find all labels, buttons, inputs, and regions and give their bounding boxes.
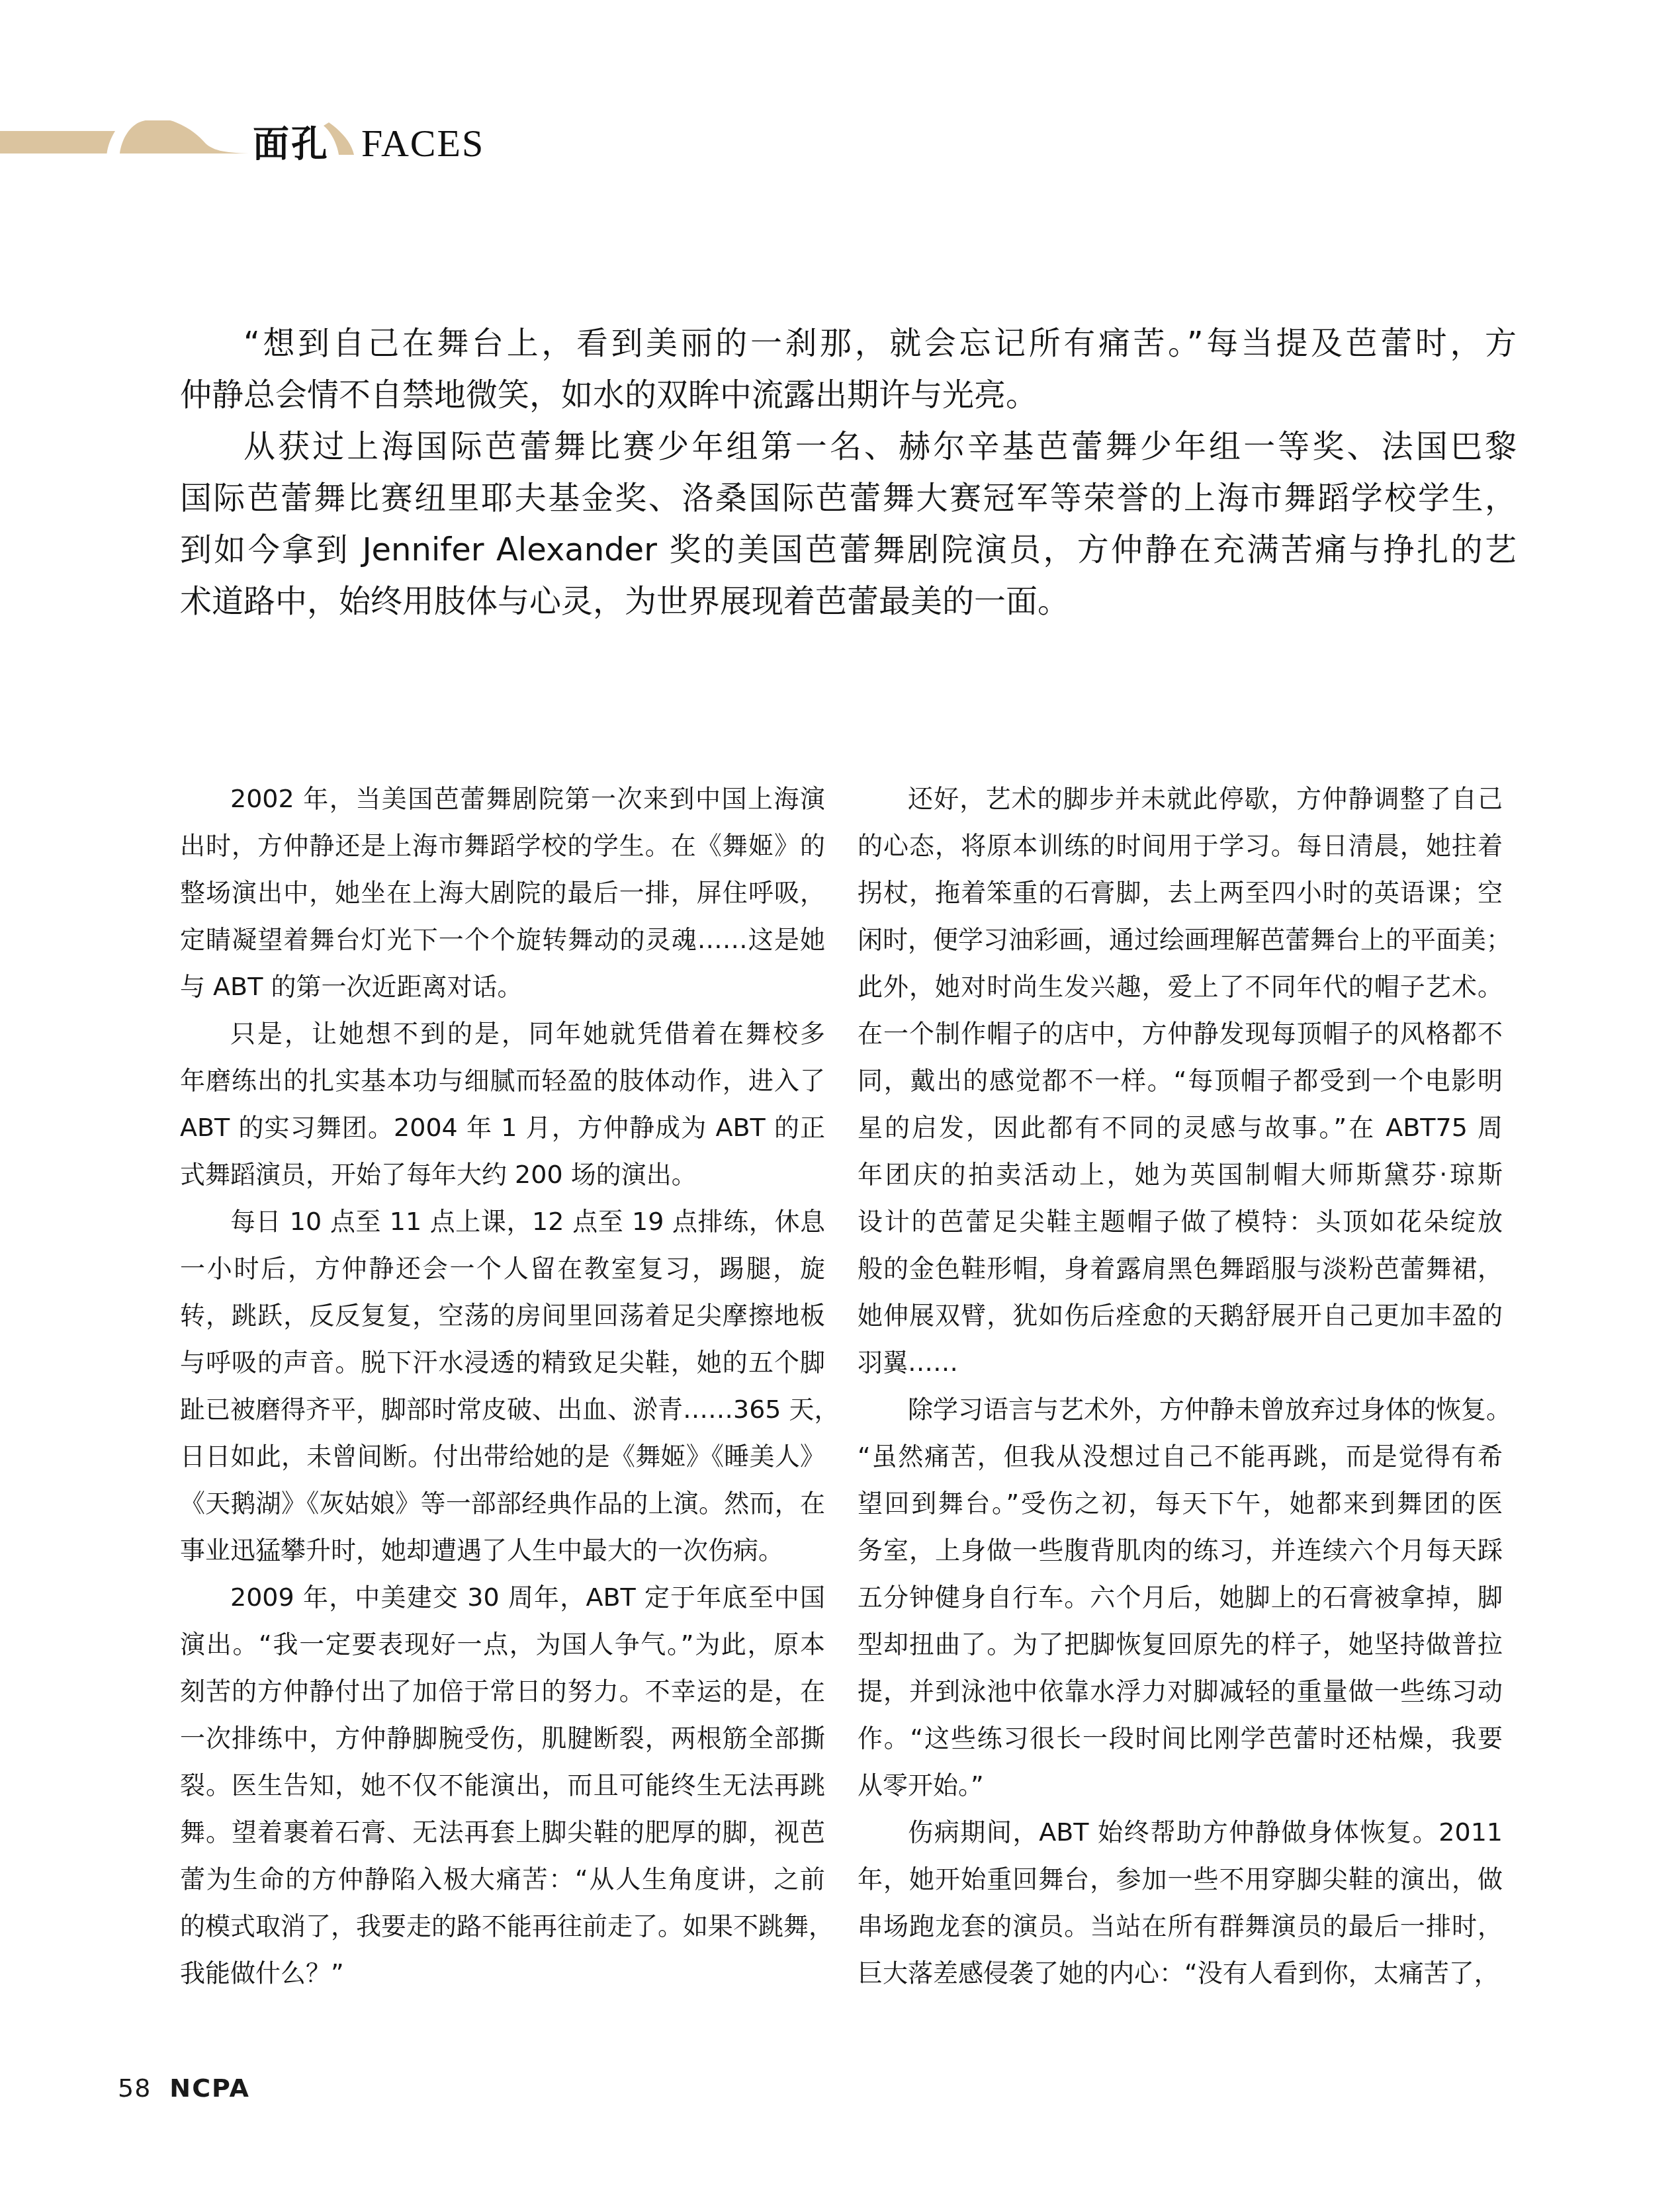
text-line: 在一个制作帽子的店中，方仲静发现每顶帽子的风格都不 [858,1010,1503,1057]
intro-block: “想到自己在舞台上，看到美丽的一刹那，就会忘记所有痛苦。”每当提及芭蕾时，方仲静… [180,318,1517,627]
text-line: 星的启发，因此都有不同的灵感与故事。”在 ABT75 周 [858,1104,1503,1151]
text-line: 务室，上身做一些腹背肌肉的练习，并连续六个月每天踩 [858,1527,1503,1574]
text-line: 五分钟健身自行车。六个月后，她脚上的石膏被拿掉，脚 [858,1574,1503,1621]
section-title-cn: 面孔 [253,122,330,164]
text-line: 蕾为生命的方仲静陷入极大痛苦：“从人生角度讲，之前 [180,1856,825,1903]
magazine-page: 面孔 FACES “想到自己在舞台上，看到美丽的一刹那，就会忘记所有痛苦。”每当… [0,0,1680,2188]
paragraph: 只是，让她想不到的是，同年她就凭借着在舞校多年磨练出的扎实基本功与细腻而轻盈的肢… [180,1010,825,1198]
text-line: 与呼吸的声音。脱下汗水浸透的精致足尖鞋，她的五个脚 [180,1339,825,1386]
text-line: 出时，方仲静还是上海市舞蹈学校的学生。在《舞姬》的 [180,822,825,869]
paragraph: 伤病期间，ABT 始终帮助方仲静做身体恢复。2011年，她开始重回舞台，参加一些… [858,1809,1503,1997]
text-line: 2002 年，当美国芭蕾舞剧院第一次来到中国上海演 [180,775,825,822]
text-line: 国际芭蕾舞比赛纽里耶夫基金奖、洛桑国际芭蕾舞大赛冠军等荣誉的上海市舞蹈学校学生， [180,472,1517,524]
text-line: 闲时，便学习油彩画，通过绘画理解芭蕾舞台上的平面美； [858,916,1503,963]
paragraph: 还好，艺术的脚步并未就此停歇，方仲静调整了自己的心态，将原本训练的时间用于学习。… [858,775,1503,1386]
text-line: 事业迅猛攀升时，她却遭遇了人生中最大的一次伤病。 [180,1527,825,1574]
text-line: 演出。“我一定要表现好一点，为国人争气。”为此，原本 [180,1621,825,1668]
text-line: 拐杖，拖着笨重的石膏脚，去上两至四小时的英语课；空 [858,869,1503,916]
text-line: 2009 年，中美建交 30 周年，ABT 定于年底至中国 [180,1574,825,1621]
text-line: 的心态，将原本训练的时间用于学习。每日清晨，她拄着 [858,822,1503,869]
text-line: 定睛凝望着舞台灯光下一个个旋转舞动的灵魂……这是她 [180,916,825,963]
section-title-en: FACES [361,122,484,164]
text-line: 提，并到泳池中依靠水浮力对脚减轻的重量做一些练习动 [858,1668,1503,1715]
text-line: 年团庆的拍卖活动上，她为英国制帽大师斯黛芬·琼斯 [858,1151,1503,1198]
text-line: “想到自己在舞台上，看到美丽的一刹那，就会忘记所有痛苦。”每当提及芭蕾时，方 [180,318,1517,369]
text-line: 术道路中，始终用肢体与心灵，为世界展现着芭蕾最美的一面。 [180,576,1517,627]
text-line: 一小时后，方仲静还会一个人留在教室复习，踢腿，旋 [180,1245,825,1292]
text-line: 望回到舞台。”受伤之初，每天下午，她都来到舞团的医 [858,1480,1503,1527]
page-footer: 58NCPA [118,2074,250,2103]
text-line: 作。“这些练习很长一段时间比刚学芭蕾时还枯燥，我要 [858,1715,1503,1762]
text-line: 与 ABT 的第一次近距离对话。 [180,963,825,1010]
paragraph: 每日 10 点至 11 点上课，12 点至 19 点排练，休息一小时后，方仲静还… [180,1198,825,1574]
text-line: 羽翼…… [858,1339,1503,1386]
magazine-logo: NCPA [169,2074,249,2103]
text-line: 式舞蹈演员，开始了每年大约 200 场的演出。 [180,1151,825,1198]
text-line: 伤病期间，ABT 始终帮助方仲静做身体恢复。2011 [858,1809,1503,1856]
text-line: 般的金色鞋形帽，身着露肩黑色舞蹈服与淡粉芭蕾舞裙， [858,1245,1503,1292]
text-line: 年，她开始重回舞台，参加一些不用穿脚尖鞋的演出，做 [858,1856,1503,1903]
text-line: 刻苦的方仲静付出了加倍于常日的努力。不幸运的是，在 [180,1668,825,1715]
text-line: 整场演出中，她坐在上海大剧院的最后一排，屏住呼吸， [180,869,825,916]
text-line: 串场跑龙套的演员。当站在所有群舞演员的最后一排时， [858,1903,1503,1950]
text-line: 除学习语言与艺术外，方仲静未曾放弃过身体的恢复。 [858,1386,1503,1433]
text-line: 从零开始。” [858,1762,1503,1809]
text-line: 从获过上海国际芭蕾舞比赛少年组第一名、赫尔辛基芭蕾舞少年组一等奖、法国巴黎 [180,421,1517,472]
text-line: 我能做什么？” [180,1950,825,1997]
text-line: 同，戴出的感觉都不一样。“每顶帽子都受到一个电影明 [858,1057,1503,1104]
paragraph: “想到自己在舞台上，看到美丽的一刹那，就会忘记所有痛苦。”每当提及芭蕾时，方仲静… [180,318,1517,421]
text-line: 舞。望着裹着石膏、无法再套上脚尖鞋的肥厚的脚，视芭 [180,1809,825,1856]
text-line: 设计的芭蕾足尖鞋主题帽子做了模特：头顶如花朵绽放 [858,1198,1503,1245]
text-line: 每日 10 点至 11 点上课，12 点至 19 点排练，休息 [180,1198,825,1245]
text-line: 还好，艺术的脚步并未就此停歇，方仲静调整了自己 [858,775,1503,822]
text-line: “虽然痛苦，但我从没想过自己不能再跳，而是觉得有希 [858,1433,1503,1480]
left-column: 2002 年，当美国芭蕾舞剧院第一次来到中国上海演出时，方仲静还是上海市舞蹈学校… [180,775,825,1997]
text-line: 此外，她对时尚生发兴趣，爱上了不同年代的帽子艺术。 [858,963,1503,1010]
text-line: 到如今拿到 Jennifer Alexander 奖的美国芭蕾舞剧院演员，方仲静… [180,524,1517,576]
paragraph: 2002 年，当美国芭蕾舞剧院第一次来到中国上海演出时，方仲静还是上海市舞蹈学校… [180,775,825,1010]
text-line: ABT 的实习舞团。2004 年 1 月，方仲静成为 ABT 的正 [180,1104,825,1151]
text-line: 《天鹅湖》《灰姑娘》等一部部经典作品的上演。然而，在 [180,1480,825,1527]
section-header-graphic: 面孔 FACES [0,120,503,164]
text-line: 裂。医生告知，她不仅不能演出，而且可能终生无法再跳 [180,1762,825,1809]
text-line: 型却扭曲了。为了把脚恢复回原先的样子，她坚持做普拉 [858,1621,1503,1668]
text-line: 一次排练中，方仲静脚腕受伤，肌腱断裂，两根筋全部撕 [180,1715,825,1762]
text-line: 仲静总会情不自禁地微笑，如水的双眸中流露出期许与光亮。 [180,369,1517,421]
right-column: 还好，艺术的脚步并未就此停歇，方仲静调整了自己的心态，将原本训练的时间用于学习。… [858,775,1503,1997]
text-line: 她伸展双臂，犹如伤后痊愈的天鹅舒展开自己更加丰盈的 [858,1292,1503,1339]
text-line: 转，跳跃，反反复复，空荡的房间里回荡着足尖摩擦地板 [180,1292,825,1339]
header-leaf-shape [120,120,249,153]
text-line: 的模式取消了，我要走的路不能再往前走了。如果不跳舞， [180,1903,825,1950]
paragraph: 2009 年，中美建交 30 周年，ABT 定于年底至中国演出。“我一定要表现好… [180,1574,825,1997]
paragraph: 从获过上海国际芭蕾舞比赛少年组第一名、赫尔辛基芭蕾舞少年组一等奖、法国巴黎国际芭… [180,421,1517,627]
page-number: 58 [118,2074,151,2103]
paragraph: 除学习语言与艺术外，方仲静未曾放弃过身体的恢复。“虽然痛苦，但我从没想过自己不能… [858,1386,1503,1809]
text-line: 只是，让她想不到的是，同年她就凭借着在舞校多 [180,1010,825,1057]
header-bar-shape [0,131,115,153]
text-line: 趾已被磨得齐平，脚部时常皮破、出血、淤青……365 天， [180,1386,825,1433]
text-line: 巨大落差感侵袭了她的内心：“没有人看到你，太痛苦了， [858,1950,1503,1997]
text-line: 年磨练出的扎实基本功与细腻而轻盈的肢体动作，进入了 [180,1057,825,1104]
text-line: 日日如此，未曾间断。付出带给她的是《舞姬》《睡美人》 [180,1433,825,1480]
